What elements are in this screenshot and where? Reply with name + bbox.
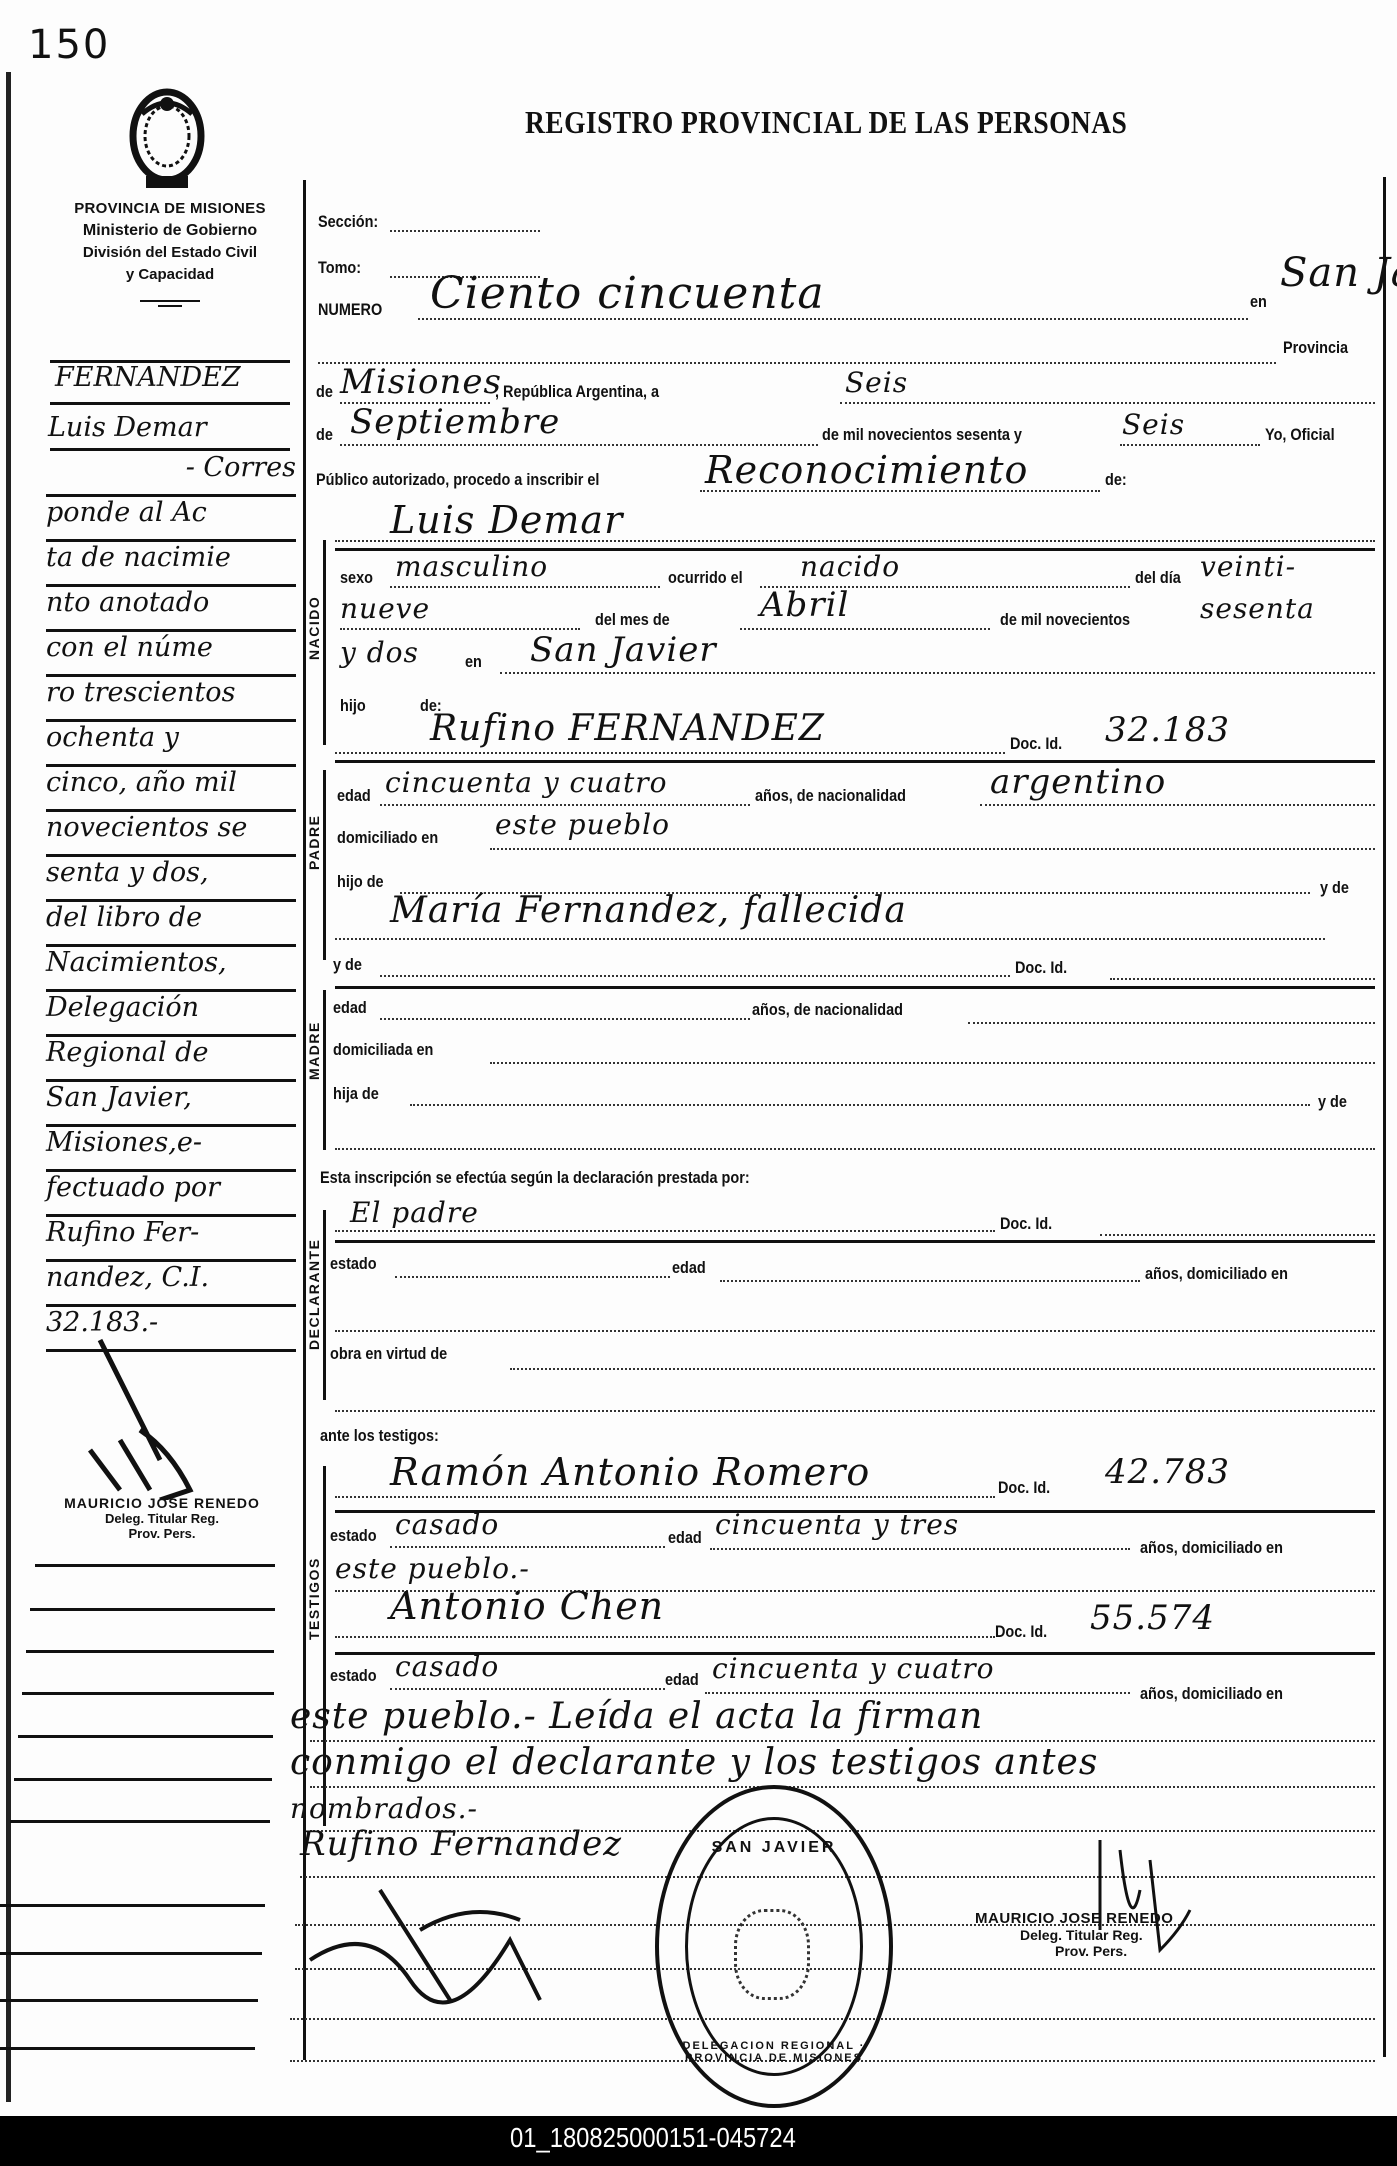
testigo1-anos-dom-label: años, domiciliado en xyxy=(1140,1538,1283,1558)
officer-stamp-title: Deleg. Titular Reg. xyxy=(1020,1927,1245,1943)
madre-section-label: MADRE xyxy=(306,1021,322,1080)
padre-section-label: PADRE xyxy=(306,815,322,870)
closing-line-1[interactable]: este pueblo.- Leída el acta la firman xyxy=(290,1696,983,1737)
testigo2-edad-line xyxy=(705,1692,1130,1694)
padre-nacionalidad-value[interactable]: argentino xyxy=(990,762,1166,802)
madre-y-de-label: y de xyxy=(333,955,362,975)
ocurrido-label: ocurrido el xyxy=(668,568,743,588)
testigo1-nombre-line xyxy=(335,1496,995,1498)
division-name-2: y Capacidad xyxy=(40,264,300,286)
ministry-name: Ministerio de Gobierno xyxy=(40,220,300,242)
madre-doc-line[interactable] xyxy=(1110,978,1375,980)
declaracion-label: Esta inscripción se efectúa según la dec… xyxy=(320,1168,750,1188)
page-number: 150 xyxy=(28,22,110,68)
ocurrido-value[interactable]: nacido xyxy=(800,550,900,583)
obra-label: obra en virtud de xyxy=(330,1344,447,1364)
yo-oficial-label: Yo, Oficial xyxy=(1265,425,1335,445)
seal-crest-icon xyxy=(734,1909,810,2000)
en-nac-label: en xyxy=(465,652,482,672)
margin-rule xyxy=(18,1735,273,1738)
margin-line-14: Regional de xyxy=(46,1037,296,1082)
scan-footer-bar: 01_180825000151-045724 xyxy=(0,2116,1397,2166)
margin-rule xyxy=(35,1564,275,1567)
margin-signature-icon xyxy=(80,1330,220,1500)
margin-surname: FERNANDEZ xyxy=(55,362,241,393)
margin-given-name: Luis Demar xyxy=(48,412,207,443)
dia-value[interactable]: Seis xyxy=(845,366,908,399)
margin-rule xyxy=(14,1778,272,1781)
padre-nac-line xyxy=(980,804,1375,806)
margin-rule xyxy=(0,1904,265,1907)
declarante-bracket xyxy=(323,1210,326,1400)
testigo2-estado-label: estado xyxy=(330,1666,377,1686)
declarante-line xyxy=(335,1230,995,1232)
testigo1-doc-label: Doc. Id. xyxy=(998,1478,1050,1498)
declarante-doc-label: Doc. Id. xyxy=(1000,1214,1052,1234)
testigo1-doc-value[interactable]: 42.783 xyxy=(1105,1452,1230,1492)
de-label: de xyxy=(316,382,333,402)
margin-line-15: San Javier, xyxy=(46,1082,296,1127)
ministry-header: PROVINCIA DE MISIONES Ministerio de Gobi… xyxy=(40,198,300,307)
testigo2-edad-value[interactable]: cincuenta y cuatro xyxy=(712,1652,994,1685)
madre-doc-label: Doc. Id. xyxy=(1015,958,1067,978)
margin-rule xyxy=(30,1608,275,1611)
margin-stamp-office: Prov. Pers. xyxy=(42,1526,282,1541)
mes-value[interactable]: Septiembre xyxy=(350,402,560,442)
madre-rule xyxy=(335,986,1375,989)
de2-label: de xyxy=(316,425,333,445)
margin-line-8: cinco, año mil xyxy=(46,767,296,812)
testigo1-edad-line xyxy=(710,1548,1130,1550)
margin-stamp-title: Deleg. Titular Reg. xyxy=(42,1511,282,1526)
testigo2-doc-value[interactable]: 55.574 xyxy=(1090,1598,1215,1638)
madre-hija-de-line[interactable] xyxy=(410,1104,1310,1106)
declarante-anos-dom-label: años, domiciliado en xyxy=(1145,1264,1288,1284)
madre-hija-de-label: hija de xyxy=(333,1084,379,1104)
declarante-rule xyxy=(335,1240,1375,1243)
padre-edad-line xyxy=(380,804,750,806)
madre-edad-line[interactable] xyxy=(380,1018,750,1020)
margin-line-16: Misiones,e- xyxy=(46,1127,296,1172)
margin-rule xyxy=(22,1692,274,1695)
padre-doc-value[interactable]: 32.183 xyxy=(1105,710,1230,750)
del-mes-label: del mes de xyxy=(595,610,670,630)
page-left-border xyxy=(6,72,11,2102)
padre-padres-value[interactable]: María Fernandez, fallecida xyxy=(390,890,907,931)
official-seal: SAN JAVIER DELEGACION REGIONAL · PROVINC… xyxy=(655,1785,893,2108)
padre-bracket xyxy=(323,770,326,960)
testigo1-estado-value[interactable]: casado xyxy=(395,1508,499,1541)
margin-stamp-name: MAURICIO JOSE RENEDO xyxy=(42,1495,282,1511)
margin-line-17: fectuado por xyxy=(46,1172,296,1217)
testigo2-estado-line xyxy=(390,1688,665,1690)
mes-nac-line xyxy=(740,628,990,630)
form-right-border xyxy=(1383,177,1386,2057)
document-title: REGISTRO PROVINCIAL DE LAS PERSONAS xyxy=(525,104,1127,141)
dia-line xyxy=(840,402,1375,404)
obra-line-2[interactable] xyxy=(335,1410,1375,1412)
madre-dom-label: domiciliada en xyxy=(333,1040,433,1060)
padre-edad-label: edad xyxy=(337,786,371,806)
sexo-label: sexo xyxy=(340,568,373,588)
province-name: PROVINCIA DE MISIONES xyxy=(40,198,300,220)
madre-bracket xyxy=(323,990,326,1150)
margin-line-12: Nacimientos, xyxy=(46,947,296,992)
margin-rule xyxy=(10,1820,270,1823)
seal-center-text: SAN JAVIER xyxy=(659,1839,889,1857)
testigo1-estado-line xyxy=(390,1546,665,1548)
testigo1-edad-value[interactable]: cincuenta y tres xyxy=(715,1508,959,1541)
testigo2-anos-dom-label: años, domiciliado en xyxy=(1140,1684,1283,1704)
scan-id: 01_180825000151-045724 xyxy=(510,2122,796,2154)
seccion-field[interactable] xyxy=(390,230,540,232)
margin-line-2: ponde al Ac xyxy=(46,497,296,542)
provincia-value[interactable]: Misiones xyxy=(340,362,502,402)
divider xyxy=(158,305,182,307)
dia-nac-value-2[interactable]: nueve xyxy=(340,592,430,625)
seccion-label: Sección: xyxy=(318,212,378,232)
padre-y-de-label: y de xyxy=(1320,878,1349,898)
declarante-estado-line[interactable] xyxy=(395,1276,670,1278)
margin-line-19: nandez, C.I. xyxy=(46,1262,296,1307)
padre-rule xyxy=(335,760,1375,763)
declarante-dom-line[interactable] xyxy=(335,1330,1375,1332)
margin-line-4: nto anotado xyxy=(46,587,296,632)
declarante-edad-line[interactable] xyxy=(720,1280,1140,1282)
padre-nombre-value[interactable]: Rufino FERNANDEZ xyxy=(430,708,825,749)
padre-hijo-de-label: hijo de xyxy=(337,872,384,892)
division-name: División del Estado Civil xyxy=(40,242,300,264)
numero-value[interactable]: Ciento cincuenta xyxy=(430,268,825,319)
anio-nac-value-1[interactable]: sesenta xyxy=(1200,592,1315,625)
margin-note: - Corres ponde al Ac ta de nacimie nto a… xyxy=(46,452,296,1352)
testigo2-estado-value[interactable]: casado xyxy=(395,1650,499,1683)
inscribir-line xyxy=(700,490,1100,492)
declarante-section-label: DECLARANTE xyxy=(306,1239,322,1350)
margin-rule xyxy=(50,402,290,405)
divider xyxy=(140,300,200,302)
margin-line-9: novecientos se xyxy=(46,812,296,857)
margin-line-10: senta y dos, xyxy=(46,857,296,902)
padre-nombre-line xyxy=(335,752,1005,754)
publico-label: Público autorizado, procedo a inscribir … xyxy=(316,470,599,490)
dia-nac-value-1[interactable]: veinti- xyxy=(1200,550,1296,583)
margin-line-18: Rufino Fer- xyxy=(46,1217,296,1262)
margin-line-6: ro trescientos xyxy=(46,677,296,722)
padre-domicilio-value[interactable]: este pueblo xyxy=(495,808,670,841)
anio-nac-value-2[interactable]: y dos xyxy=(340,636,419,669)
officer-stamp: MAURICIO JOSE RENEDO Deleg. Titular Reg.… xyxy=(975,1910,1245,1959)
del-dia-label: del día xyxy=(1135,568,1181,588)
padre-padres-line xyxy=(335,938,1325,940)
margin-line-5: con el núme xyxy=(46,632,296,677)
margin-line-3: ta de nacimie xyxy=(46,542,296,587)
testigo1-domicilio-value[interactable]: este pueblo.- xyxy=(335,1552,530,1585)
de-colon-label: de: xyxy=(1105,470,1127,490)
madre-padres-line[interactable] xyxy=(335,1148,1375,1150)
en-label: en xyxy=(1250,292,1267,312)
margin-rule xyxy=(0,1999,258,2002)
testigos-section-label: TESTIGOS xyxy=(306,1557,322,1640)
anio-value[interactable]: Seis xyxy=(1122,408,1185,441)
declarante-estado-label: estado xyxy=(330,1254,377,1274)
testigo2-nombre-value[interactable]: Antonio Chen xyxy=(390,1584,664,1628)
provincia-label: Provincia xyxy=(1283,338,1348,358)
tomo-label: Tomo: xyxy=(318,258,361,278)
seal-ring-text: DELEGACION REGIONAL · PROVINCIA DE MISIO… xyxy=(659,2040,889,2064)
margin-rule xyxy=(0,2047,255,2050)
padre-dom-line xyxy=(490,848,1375,850)
republica-label: , República Argentina, a xyxy=(495,382,659,402)
margin-line-7: ochenta y xyxy=(46,722,296,767)
nacido-bracket xyxy=(323,540,326,745)
numero-label: NUMERO xyxy=(318,300,382,320)
signature-declarante: Rufino Fernandez xyxy=(300,1824,622,1864)
testigo1-estado-label: estado xyxy=(330,1526,377,1546)
sexo-line xyxy=(390,586,660,588)
madre-dom-line[interactable] xyxy=(490,1062,1375,1064)
margin-line-13: Delegación xyxy=(46,992,296,1037)
de-mil-nov-label: de mil novecientos xyxy=(1000,610,1130,630)
padre-edad-value[interactable]: cincuenta y cuatro xyxy=(385,766,667,799)
obra-line[interactable] xyxy=(510,1368,1375,1370)
declarante-doc-line[interactable] xyxy=(1100,1234,1375,1236)
testigo2-nombre-line xyxy=(335,1636,995,1638)
margin-rule xyxy=(50,448,290,451)
madre-nac-line[interactable] xyxy=(968,1022,1375,1024)
testigos-label: ante los testigos: xyxy=(320,1426,439,1446)
declarante-value[interactable]: El padre xyxy=(350,1196,479,1229)
closing-line-2-dots xyxy=(310,1786,1375,1788)
closing-line-3[interactable]: nombrados.- xyxy=(290,1792,478,1825)
testigo2-doc-label: Doc. Id. xyxy=(995,1622,1047,1642)
inscribir-value[interactable]: Reconocimiento xyxy=(705,448,1028,492)
signature-scribble-icon xyxy=(290,1860,610,2020)
margin-line-11: del libro de xyxy=(46,902,296,947)
lugar-nac-value[interactable]: San Javier xyxy=(530,630,717,670)
padre-anos-label: años, de nacionalidad xyxy=(755,786,906,806)
en-value[interactable]: San Javier xyxy=(1280,250,1397,296)
sexo-value[interactable]: masculino xyxy=(395,550,548,583)
coat-of-arms-icon xyxy=(122,84,212,192)
margin-officer-stamp: MAURICIO JOSE RENEDO Deleg. Titular Reg.… xyxy=(42,1495,282,1541)
testigo2-edad-label: edad xyxy=(665,1670,699,1690)
nombre-value[interactable]: Luis Demar xyxy=(390,498,623,542)
lugar-nac-line xyxy=(500,672,1375,674)
madre-edad-label: edad xyxy=(333,998,367,1018)
hijo-label: hijo xyxy=(340,696,366,716)
nacido-section-label: NACIDO xyxy=(306,596,322,660)
officer-stamp-office: Prov. Pers. xyxy=(1055,1943,1245,1959)
mes-line xyxy=(340,444,818,446)
closing-line-2[interactable]: conmigo el declarante y los testigos ant… xyxy=(290,1742,1098,1783)
mes-nac-value[interactable]: Abril xyxy=(760,585,849,625)
madre-y-de-label-2: y de xyxy=(1318,1092,1347,1112)
madre-anos-label: años, de nacionalidad xyxy=(752,1000,903,1020)
margin-rule xyxy=(26,1650,274,1653)
sesenta-label: de mil novecientos sesenta y xyxy=(822,425,1022,445)
madre-nombre-line xyxy=(380,975,1010,977)
nombre-line xyxy=(335,540,1375,542)
testigo1-nombre-value[interactable]: Ramón Antonio Romero xyxy=(390,1450,870,1494)
margin-rule xyxy=(0,1952,262,1955)
padre-dom-label: domiciliado en xyxy=(337,828,438,848)
margin-line-1: - Corres xyxy=(46,452,296,497)
testigo1-edad-label: edad xyxy=(668,1528,702,1548)
declarante-edad-label: edad xyxy=(672,1258,706,1278)
padre-doc-label: Doc. Id. xyxy=(1010,734,1062,754)
officer-stamp-name: MAURICIO JOSE RENEDO xyxy=(975,1910,1245,1927)
anio-line xyxy=(1120,444,1260,446)
